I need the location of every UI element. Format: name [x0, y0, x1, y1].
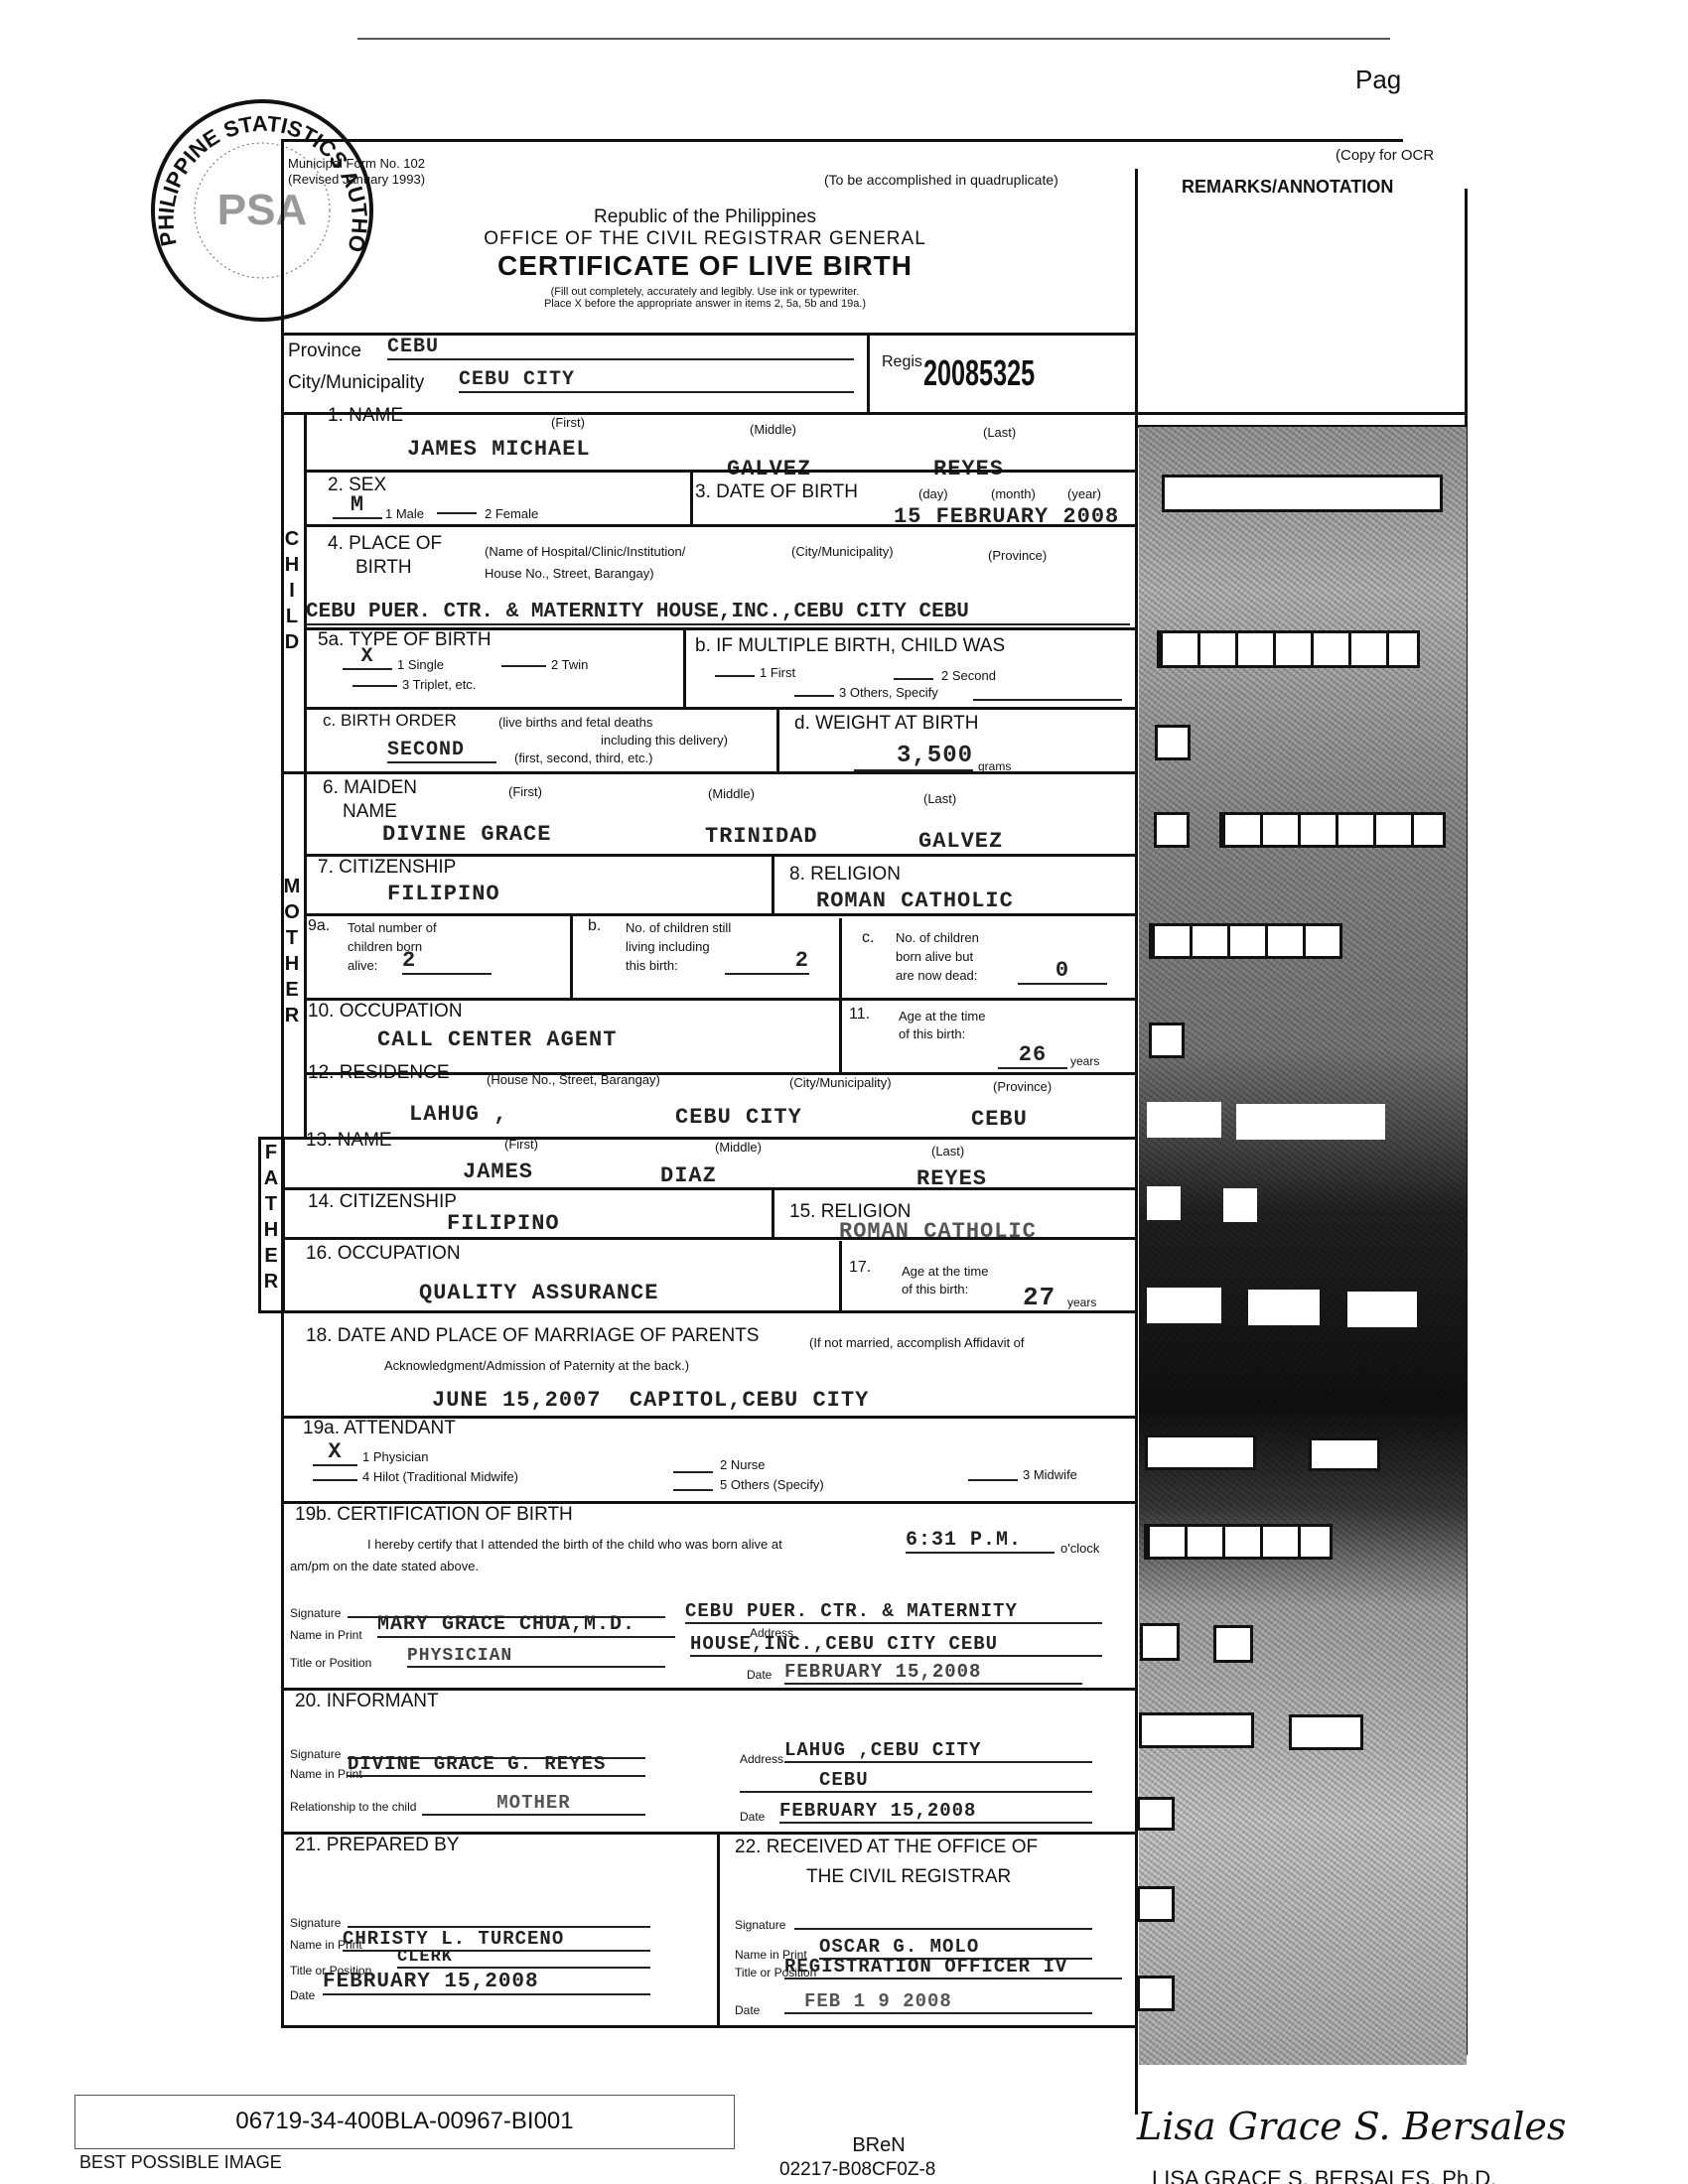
multi-specify-field[interactable] — [973, 699, 1122, 701]
divider — [304, 412, 307, 771]
coding-box[interactable] — [1149, 1023, 1185, 1058]
marriage-label: 18. DATE AND PLACE OF MARRIAGE OF PARENT… — [306, 1325, 759, 1347]
side-letter: A — [260, 1165, 282, 1191]
multiple-birth-label: b. IF MULTIPLE BIRTH, CHILD WAS — [695, 635, 1005, 657]
office-text: OFFICE OF THE CIVIL REGISTRAR GENERAL — [427, 228, 983, 250]
hint: living including — [626, 937, 731, 956]
attendant-address-line-1[interactable]: CEBU PUER. CTR. & MATERNITY — [685, 1600, 1102, 1624]
side-letter: C — [281, 526, 303, 552]
side-letter: H — [281, 951, 303, 977]
attendant-hilot-blank[interactable] — [313, 1479, 357, 1481]
bren-number: 02217-B08CF0Z-8 — [779, 2159, 935, 2181]
divider — [282, 1187, 1135, 1190]
weight-field[interactable]: 3,500 — [854, 743, 973, 771]
coding-box[interactable] — [1147, 1288, 1221, 1323]
coding-box[interactable] — [1140, 1623, 1180, 1661]
coding-box[interactable] — [1289, 1714, 1363, 1750]
middle-hint: (Middle) — [708, 786, 755, 801]
father-age-field[interactable]: 27 — [1023, 1283, 1055, 1312]
quadruplicate-note: (To be accomplished in quadruplicate) — [824, 172, 1058, 188]
city-label: City/Municipality — [288, 372, 424, 394]
divider — [839, 1241, 842, 1310]
pob-field[interactable]: CEBU PUER. CTR. & MATERNITY HOUSE,INC.,C… — [306, 601, 1130, 625]
residence-prov-field[interactable]: CEBU — [971, 1107, 1028, 1132]
multi-second-blank[interactable] — [894, 678, 933, 680]
page-label: Pag — [1355, 65, 1401, 95]
mother-top-border — [281, 771, 1135, 774]
last-hint: (Last) — [983, 425, 1016, 440]
signature-label: Signature — [290, 1916, 341, 1930]
divider — [282, 1237, 1135, 1240]
father-citizenship-field[interactable]: FILIPINO — [447, 1211, 560, 1236]
signature-label: Signature — [290, 1606, 341, 1620]
form-number: Municipal Form No. 102 (Revised January … — [288, 156, 425, 188]
divider — [839, 998, 842, 1072]
weight-label: d. WEIGHT AT BIRTH — [794, 713, 978, 735]
living-field[interactable]: 2 — [725, 948, 809, 975]
received-title-field[interactable]: REGISTRATION OFFICER IV — [784, 1956, 1122, 1979]
relationship-field[interactable]: MOTHER — [422, 1792, 645, 1816]
attendant-name-field[interactable]: MARY GRACE CHUA,M.D. — [377, 1613, 675, 1638]
hint: are now dead: — [896, 966, 979, 985]
received-label-2: THE CIVIL REGISTRAR — [806, 1866, 1011, 1888]
mother-citizenship-label: 7. CITIZENSHIP — [318, 857, 456, 879]
coding-box-group[interactable] — [1219, 812, 1446, 848]
mother-last-name[interactable]: GALVEZ — [918, 829, 1003, 854]
coding-box[interactable] — [1162, 475, 1443, 512]
coding-area-background — [1139, 427, 1467, 2065]
pob-label: 4. PLACE OF BIRTH — [328, 532, 442, 580]
pob-hint-2: House No., Street, Barangay) — [485, 563, 685, 585]
father-occupation-label: 16. OCCUPATION — [306, 1243, 461, 1265]
father-name-label: 13. NAME — [306, 1130, 392, 1152]
informant-date-field[interactable]: FEBRUARY 15,2008 — [779, 1800, 1092, 1824]
living-hint: No. of children still living including t… — [626, 918, 731, 975]
first-hint: (First) — [504, 1137, 538, 1152]
side-letter: O — [281, 899, 303, 925]
divider — [304, 524, 1135, 527]
page-title: CERTIFICATE OF LIVE BIRTH — [427, 250, 983, 282]
maiden-label-2: NAME — [323, 800, 417, 824]
multi-option-second: 2 Second — [941, 668, 996, 683]
certification-text: I hereby certify that I attended the bir… — [367, 1537, 782, 1552]
last-hint: (Last) — [931, 1144, 964, 1159]
middle-hint: (Middle) — [715, 1140, 762, 1155]
pob-label-1: 4. PLACE OF — [328, 532, 442, 556]
date-label: Date — [735, 2003, 760, 2017]
side-letter: R — [281, 1003, 303, 1028]
prepared-title-field[interactable]: CLERK — [397, 1948, 650, 1969]
certification-label: 19b. CERTIFICATION OF BIRTH — [295, 1504, 573, 1526]
child-name-label: 1. NAME — [328, 405, 403, 427]
title-label: Title or Position — [290, 1656, 371, 1670]
province-field[interactable]: CEBU — [387, 336, 854, 360]
birth-order-label: c. BIRTH ORDER — [323, 711, 457, 731]
date-label: Date — [740, 1810, 765, 1824]
coding-box-group[interactable] — [1144, 1524, 1333, 1560]
father-middle-name[interactable]: DIAZ — [660, 1163, 717, 1188]
middle-hint: (Middle) — [750, 422, 796, 437]
signatory-signature: Lisa Grace S. Bersales — [1137, 2105, 1566, 2148]
coding-box[interactable] — [1248, 1290, 1320, 1325]
multi-option-others: 3 Others, Specify — [839, 685, 938, 700]
father-citizenship-label: 14. CITIZENSHIP — [308, 1191, 457, 1213]
hint: Age at the time — [899, 1008, 985, 1025]
birth-time-field[interactable]: 6:31 P.M. — [906, 1529, 1055, 1554]
pob-prov-hint: (Province) — [988, 548, 1047, 563]
hint: of this birth: — [902, 1281, 988, 1298]
order-hint-1: (live births and fetal deaths — [498, 715, 652, 730]
serial-box: 06719-34-400BLA-00967-BI001 — [74, 2095, 735, 2149]
oclock-text: o'clock — [1060, 1541, 1099, 1556]
coding-box[interactable] — [1137, 1797, 1175, 1831]
multi-first-blank[interactable] — [715, 675, 755, 677]
hint: of this birth: — [899, 1025, 985, 1043]
type-option-twin: 2 Twin — [551, 657, 588, 672]
father-age-label: 17. — [849, 1259, 871, 1277]
republic-text: Republic of the Philippines — [427, 206, 983, 228]
received-date-field[interactable]: FEB 1 9 2008 — [784, 1990, 1092, 2014]
attendant-nurse-blank[interactable] — [673, 1471, 713, 1473]
father-occupation-field[interactable]: QUALITY ASSURANCE — [419, 1281, 658, 1305]
received-label-1: 22. RECEIVED AT THE OFFICE OF — [735, 1837, 1038, 1858]
type-twin-blank[interactable] — [501, 665, 546, 667]
multi-others-blank[interactable] — [794, 695, 834, 697]
certification-text-2: am/pm on the date stated above. — [290, 1559, 479, 1573]
dob-month-hint: (month) — [991, 486, 1036, 501]
attendant-option-midwife: 3 Midwife — [1023, 1467, 1077, 1482]
informant-address-line-1[interactable]: LAHUG ,CEBU CITY — [784, 1739, 1092, 1763]
informant-address-line-2[interactable]: CEBU — [740, 1769, 1092, 1793]
coding-box[interactable] — [1147, 1102, 1221, 1138]
divider — [304, 470, 1135, 473]
residence-city-hint: (City/Municipality) — [789, 1075, 892, 1090]
form-heading: Republic of the Philippines OFFICE OF TH… — [427, 206, 983, 310]
signature-label: Signature — [735, 1918, 785, 1932]
divider — [867, 333, 870, 412]
mother-occupation-field[interactable]: CALL CENTER AGENT — [377, 1027, 617, 1052]
coding-box[interactable] — [1137, 1976, 1175, 2011]
registry-number: 20085325 — [923, 352, 1035, 394]
coding-box[interactable] — [1309, 1437, 1380, 1471]
side-letter: H — [281, 552, 303, 578]
father-religion-field[interactable]: ROMAN CATHOLIC — [839, 1219, 1037, 1244]
coding-box[interactable] — [1137, 1886, 1175, 1922]
divider — [304, 771, 307, 1139]
attendant-title-field[interactable]: PHYSICIAN — [407, 1646, 665, 1668]
divider — [304, 913, 1135, 916]
divider — [258, 1310, 1135, 1313]
side-letter: E — [281, 977, 303, 1003]
dob-label: 3. DATE OF BIRTH — [695, 481, 858, 503]
coding-box[interactable] — [1154, 812, 1190, 848]
pob-hint: (Name of Hospital/Clinic/Institution/ Ho… — [485, 541, 685, 585]
form-revised-text: (Revised January 1993) — [288, 172, 425, 188]
residence-hint: (House No., Street, Barangay) — [487, 1072, 660, 1087]
total-born-label: 9a. — [308, 917, 330, 935]
name-label: Name in Print — [290, 1628, 362, 1642]
informant-name-field[interactable]: DIVINE GRACE G. REYES — [348, 1753, 645, 1777]
type-option-triplet: 3 Triplet, etc. — [402, 677, 476, 692]
serial-number: 06719-34-400BLA-00967-BI001 — [235, 2108, 573, 2135]
copy-label: (Copy for OCR — [1336, 147, 1434, 164]
date-label: Date — [747, 1668, 772, 1682]
instructions-line-2: Place X before the appropriate answer in… — [427, 298, 983, 310]
type-triplet-blank[interactable] — [352, 685, 397, 687]
registry-label: Regis — [882, 353, 922, 371]
mother-age-field[interactable]: 26 — [998, 1042, 1067, 1069]
relationship-label: Relationship to the child — [290, 1800, 416, 1814]
first-hint: (First) — [551, 415, 585, 430]
signature-label: Signature — [290, 1747, 341, 1761]
divider — [772, 1187, 774, 1237]
remarks-title: REMARKS/ANNOTATION — [1182, 177, 1393, 198]
received-signature-field[interactable] — [794, 1928, 1092, 1930]
hint: this birth: — [626, 956, 731, 975]
coding-box[interactable] — [1155, 725, 1191, 760]
residence-label: 12. RESIDENCE — [308, 1062, 450, 1084]
coding-box[interactable] — [1236, 1104, 1385, 1140]
side-letter: F — [260, 1140, 282, 1165]
father-age-hint: Age at the time of this birth: — [902, 1263, 988, 1298]
divider — [690, 470, 693, 524]
birth-order-field[interactable]: SECOND — [387, 739, 496, 763]
side-letter: D — [281, 629, 303, 655]
mother-religion-field[interactable]: ROMAN CATHOLIC — [816, 888, 1014, 913]
side-letter: E — [260, 1243, 282, 1269]
residence-street-field[interactable]: LAHUG , — [409, 1102, 507, 1127]
divider — [772, 854, 774, 913]
attendant-others-blank[interactable] — [673, 1489, 713, 1491]
mother-religion-label: 8. RELIGION — [789, 864, 901, 886]
child-side-label: C H I L D — [281, 526, 303, 655]
hint: Age at the time — [902, 1263, 988, 1281]
father-first-name[interactable]: JAMES — [463, 1160, 533, 1184]
date-label: Date — [290, 1988, 315, 2002]
mother-occupation-label: 10. OCCUPATION — [308, 1001, 463, 1023]
dob-day-hint: (day) — [918, 486, 948, 501]
child-first-name[interactable]: JAMES MICHAEL — [407, 437, 591, 462]
divider — [839, 918, 842, 998]
form-no-text: Municipal Form No. 102 — [288, 156, 425, 172]
informant-label: 20. INFORMANT — [295, 1691, 439, 1712]
hint: No. of children — [896, 928, 979, 947]
divider — [304, 707, 1135, 710]
sex-field[interactable]: M — [333, 492, 382, 519]
divider — [683, 627, 686, 707]
top-edge-line — [357, 38, 1390, 40]
divider — [282, 1137, 285, 1310]
hint: No. of children still — [626, 918, 731, 937]
coding-box-group[interactable] — [1149, 923, 1342, 959]
residence-prov-hint: (Province) — [993, 1079, 1052, 1094]
attendant-address-line-2[interactable]: HOUSE,INC.,CEBU CITY CEBU — [690, 1633, 1102, 1657]
best-possible-image-label: BEST POSSIBLE IMAGE — [79, 2152, 282, 2173]
coding-box[interactable] — [1147, 1186, 1181, 1220]
svg-text:PSA: PSA — [217, 186, 307, 234]
marriage-hint-1: (If not married, accomplish Affidavit of — [809, 1335, 1025, 1350]
mother-middle-name[interactable]: TRINIDAD — [705, 824, 818, 849]
total-born-field[interactable]: 2 — [402, 948, 492, 975]
mother-side-label: M O T H E R — [281, 874, 303, 1028]
coding-box-group[interactable] — [1157, 630, 1420, 668]
attendant-date-field[interactable]: FEBRUARY 15,2008 — [784, 1661, 1082, 1685]
coding-box[interactable] — [1145, 1434, 1256, 1470]
sex-option-male: 1 Male — [385, 506, 424, 521]
psa-seal-icon: PHILIPPINE STATISTICS AUTHORITY PSA — [147, 95, 377, 326]
coding-box[interactable] — [1139, 1712, 1254, 1748]
attendant-option-others: 5 Others (Specify) — [720, 1477, 824, 1492]
bren-label: BReN — [814, 2134, 943, 2157]
side-letter: L — [281, 604, 303, 629]
prepared-by-label: 21. PREPARED BY — [295, 1835, 459, 1856]
instructions-line-1: (Fill out completely, accurately and leg… — [427, 286, 983, 298]
last-hint: (Last) — [923, 791, 956, 806]
attendant-label: 19a. ATTENDANT — [303, 1418, 456, 1439]
mother-age-label: 11. — [849, 1006, 870, 1024]
mother-age-hint: Age at the time of this birth: — [899, 1008, 985, 1043]
form-bottom-border — [281, 2025, 1135, 2028]
form-top-border — [281, 139, 1403, 142]
side-letter: T — [281, 925, 303, 951]
dead-hint: No. of children born alive but are now d… — [896, 928, 979, 985]
side-letter: R — [260, 1269, 282, 1295]
living-label: b. — [588, 917, 601, 935]
signatory-name: LISA GRACE S. BERSALES, Ph.D. — [1152, 2166, 1496, 2184]
province-label: Province — [288, 341, 361, 362]
pob-hint-1: (Name of Hospital/Clinic/Institution/ — [485, 541, 685, 563]
pob-label-2: BIRTH — [328, 556, 442, 580]
attendant-option-physician: 1 Physician — [362, 1449, 428, 1464]
dead-label: c. — [862, 929, 874, 947]
side-letter: H — [260, 1217, 282, 1243]
coding-box[interactable] — [1347, 1292, 1417, 1327]
type-option-single: 1 Single — [397, 657, 444, 672]
maiden-label-1: 6. MAIDEN — [323, 776, 417, 800]
maiden-name-label: 6. MAIDEN NAME — [323, 776, 417, 824]
marriage-field[interactable]: JUNE 15,2007 CAPITOL,CEBU CITY — [432, 1388, 869, 1413]
side-letter: I — [281, 578, 303, 604]
coding-box[interactable] — [1213, 1625, 1253, 1663]
divider — [281, 412, 1465, 415]
multi-option-first: 1 First — [760, 665, 795, 680]
sex-option-female: 2 Female — [485, 506, 538, 521]
divider — [570, 913, 573, 998]
father-side-label: F A T H E R — [260, 1140, 282, 1295]
dob-year-hint: (year) — [1067, 486, 1101, 501]
side-letter: T — [260, 1191, 282, 1217]
side-letter: M — [281, 874, 303, 899]
attendant-option-hilot: 4 Hilot (Traditional Midwife) — [362, 1469, 518, 1484]
hint: Total number of — [348, 918, 437, 937]
age-unit: years — [1070, 1054, 1099, 1068]
attendant-option-nurse: 2 Nurse — [720, 1457, 766, 1472]
age-unit: years — [1067, 1296, 1096, 1309]
coding-box[interactable] — [1223, 1188, 1257, 1222]
type-single-field[interactable]: X — [343, 645, 392, 670]
first-hint: (First) — [508, 784, 542, 799]
prepared-date-field[interactable]: FEBRUARY 15,2008 — [323, 1971, 650, 1995]
order-hint-3: (first, second, third, etc.) — [514, 751, 652, 765]
divider — [717, 1832, 720, 2025]
divider — [776, 707, 779, 771]
address-label: Address — [740, 1752, 783, 1766]
pob-city-hint: (City/Municipality) — [791, 544, 894, 559]
mother-citizenship-field[interactable]: FILIPINO — [387, 882, 500, 906]
order-hint-2: including this delivery) — [601, 733, 728, 748]
attendant-physician-field[interactable]: X — [313, 1439, 357, 1466]
city-field[interactable]: CEBU CITY — [459, 368, 854, 393]
dead-field[interactable]: 0 — [1018, 958, 1107, 985]
hint: born alive but — [896, 947, 979, 966]
marriage-hint-2: Acknowledgment/Admission of Paternity at… — [384, 1358, 689, 1373]
mother-first-name[interactable]: DIVINE GRACE — [382, 822, 551, 847]
sex-female-blank[interactable] — [437, 512, 477, 514]
residence-city-field[interactable]: CEBU CITY — [675, 1105, 802, 1130]
attendant-midwife-blank[interactable] — [968, 1479, 1018, 1481]
